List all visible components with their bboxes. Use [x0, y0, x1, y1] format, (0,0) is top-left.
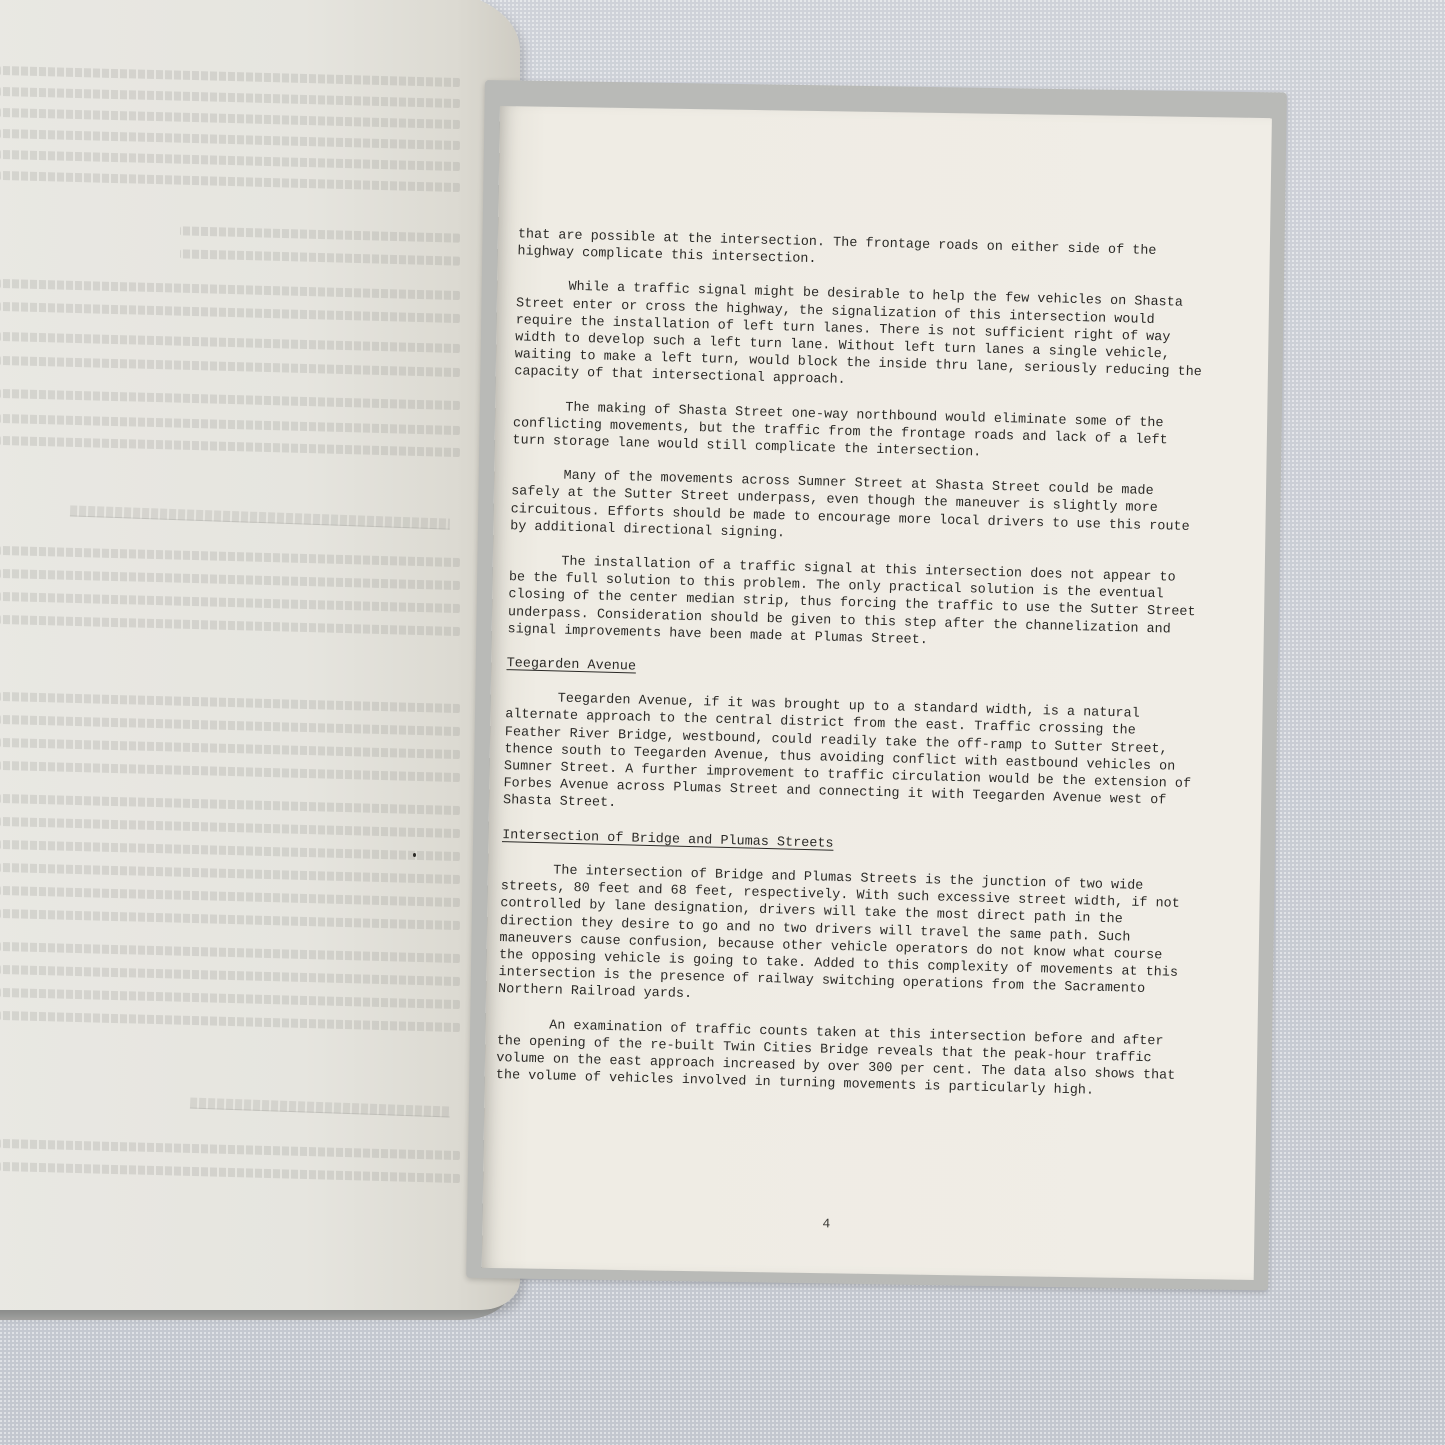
ink-speck: [413, 853, 416, 857]
bleed-through-line: [0, 302, 460, 323]
bleed-through-line: [0, 436, 460, 457]
bleed-through-line: [0, 715, 460, 736]
bleed-through-line: [0, 886, 460, 907]
left-page: [0, 0, 520, 1310]
bleed-through-line: [0, 592, 460, 613]
bleed-through-line: [0, 965, 460, 986]
bleed-through-line: [0, 863, 460, 884]
bleed-through-line: [0, 615, 460, 636]
bleed-through-line: [0, 546, 460, 567]
bleed-through-line: [0, 389, 460, 410]
bleed-through-line: [0, 761, 460, 782]
bleed-through-line: [0, 279, 460, 300]
paragraph: The making of Shasta Street one-way nort…: [512, 398, 1203, 468]
bleed-through-line: [0, 794, 460, 815]
section-heading-bridge-plumas: Intersection of Bridge and Plumas Street…: [502, 827, 1192, 862]
paragraph: The installation of a traffic signal at …: [507, 552, 1199, 656]
section-heading-teegarden-avenue: Teegarden Avenue: [506, 655, 1196, 690]
bleed-through-line: [0, 150, 460, 171]
bleed-through-line: [0, 129, 460, 150]
bleed-through-line: [180, 226, 460, 242]
bleed-through-line: [0, 332, 460, 353]
page-body: that are possible at the intersection. T…: [495, 226, 1208, 1119]
bleed-through-line: [0, 840, 460, 861]
bleed-through-heading: [190, 1097, 450, 1117]
paragraph: Teegarden Avenue, if it was brought up t…: [503, 689, 1196, 827]
bleed-through-line: [0, 171, 460, 192]
bleed-through-line: [0, 108, 460, 129]
bleed-through-line: [0, 1162, 460, 1183]
bleed-through-line: [180, 249, 460, 265]
paragraph: While a traffic signal might be desirabl…: [514, 278, 1206, 399]
bleed-through-line: [0, 414, 460, 435]
bleed-through-line: [0, 738, 460, 759]
bleed-through-line: [0, 942, 460, 963]
paragraph: The intersection of Bridge and Plumas St…: [498, 861, 1191, 1017]
right-page: that are possible at the intersection. T…: [482, 106, 1272, 1280]
bleed-through-line: [0, 569, 460, 590]
bleed-through-line: [0, 988, 460, 1009]
bleed-through-line: [0, 1139, 460, 1160]
bleed-through-line: [0, 817, 460, 838]
paragraph: Many of the movements across Sumner Stre…: [510, 466, 1202, 553]
bleed-through-line: [0, 66, 460, 87]
page-number: 4: [822, 1216, 830, 1231]
paragraph: An examination of traffic counts taken a…: [496, 1016, 1188, 1103]
bleed-through-line: [0, 87, 460, 108]
paragraph: that are possible at the intersection. T…: [517, 226, 1208, 278]
bleed-through-line: [0, 356, 460, 377]
bleed-through-line: [0, 692, 460, 713]
bleed-through-line: [0, 909, 460, 930]
bleed-through-line: [0, 1011, 460, 1032]
bleed-through-heading: [70, 505, 450, 529]
